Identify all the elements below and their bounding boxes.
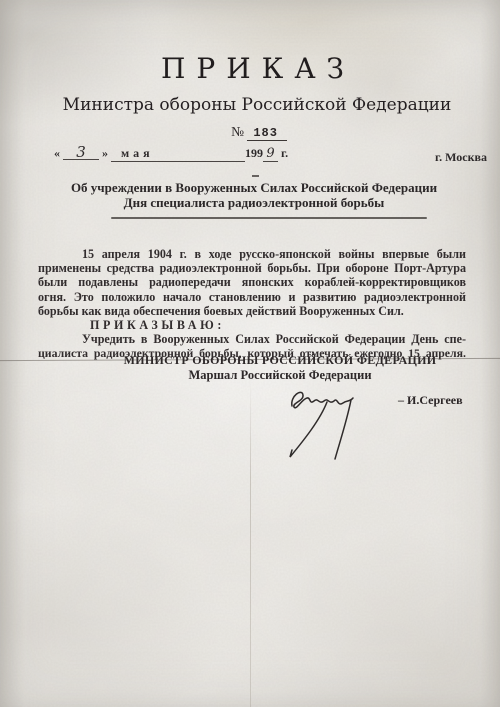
handwritten-day: 3 — [63, 146, 99, 160]
subject-heading: Об учреждении в Вооруженных Силах Россий… — [0, 181, 500, 210]
date-line: « 3 » мая1999 г. — [54, 146, 288, 162]
order-word: ПРИКАЗЫВАЮ: — [38, 318, 466, 332]
signature-block: МИНИСТР ОБОРОНЫ РОССИЙСКОЙ ФЕДЕРАЦИИ Мар… — [70, 354, 490, 382]
body-line: Учредить в Вооруженных Силах Российской … — [38, 332, 466, 346]
year-printed: 199 — [245, 146, 263, 160]
order-number-value: 183 — [247, 126, 287, 141]
document-title: ПРИКАЗ — [0, 52, 500, 85]
paper-fold-crease-vertical — [250, 380, 251, 707]
signature-autograph — [280, 386, 415, 468]
body-line: были подавлены радиопередачи японских ко… — [38, 275, 466, 289]
body-line: 15 апреля 1904 г. в ходе русско-японской… — [38, 247, 466, 261]
number-sign: № — [231, 124, 244, 139]
handwritten-year-digit: 9 — [263, 146, 278, 162]
subject-underline — [111, 217, 427, 219]
signer-position: МИНИСТР ОБОРОНЫ РОССИЙСКОЙ ФЕДЕРАЦИИ — [70, 354, 490, 367]
subject-line: Об учреждении в Вооруженных Силах Россий… — [8, 181, 500, 196]
year-suffix: г. — [281, 146, 288, 160]
signer-rank: Маршал Российской Федерации — [70, 368, 490, 382]
typed-month: мая — [111, 146, 245, 162]
open-quote: « — [54, 146, 60, 160]
dash-mark — [252, 175, 259, 177]
signer-name: – И.Сергеев — [398, 393, 463, 408]
order-number-line: № 183 — [0, 124, 500, 140]
close-quote: » — [102, 146, 108, 160]
subject-line: Дня специалиста радиоэлектронной борьбы — [8, 196, 500, 211]
body-line: применены средства радиоэлектронной борь… — [38, 261, 466, 275]
place-label: г. Москва — [435, 150, 487, 165]
body-line: огня. Это положило начало становлению и … — [38, 290, 466, 304]
body-line: борьбы как вида обеспечения боевых дейст… — [38, 304, 466, 318]
document-subtitle: Министра обороны Российской Федерации — [0, 95, 500, 115]
scanned-order-document: ПРИКАЗ Министра обороны Российской Федер… — [0, 0, 500, 707]
body-text: 15 апреля 1904 г. в ходе русско-японской… — [38, 247, 466, 361]
